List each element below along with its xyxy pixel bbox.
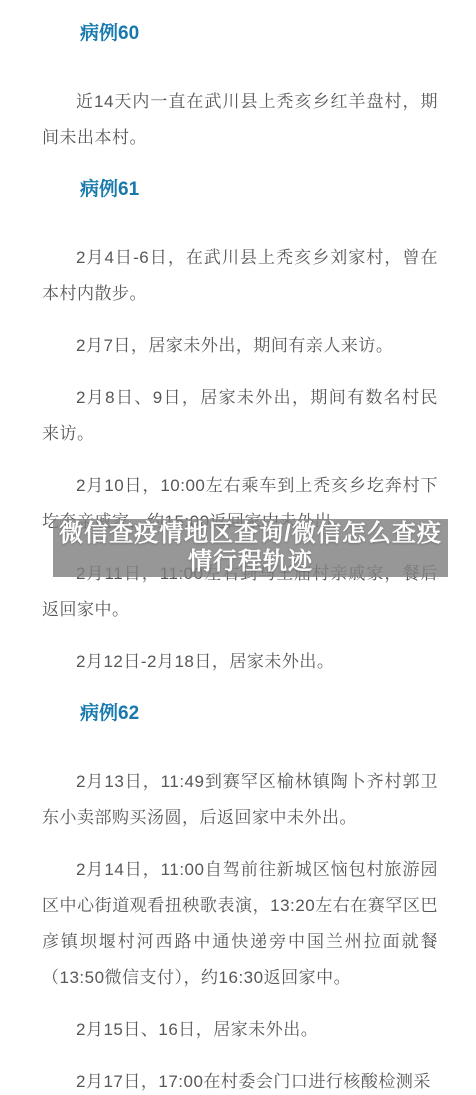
case-title: 病例60 [80, 20, 438, 48]
case-paragraph: 2月13日，11:49到赛罕区榆林镇陶卜齐村郭卫东小卖部购买汤圆，后返回家中未外… [42, 764, 438, 836]
watermark-text: 微信查疫情地区查询/微信怎么查疫 情行程轨迹 [59, 520, 442, 576]
case-paragraph: 近14天内一直在武川县上秃亥乡红羊盘村，期间未出本村。 [42, 84, 438, 156]
case-paragraph: 2月15日、16日，居家未外出。 [42, 1012, 438, 1048]
case-section-61: 病例61 2月4日-6日，在武川县上秃亥乡刘家村，曾在本村内散步。 2月7日，居… [42, 176, 438, 680]
case-paragraph: 2月8日、9日，居家未外出，期间有数名村民来访。 [42, 380, 438, 452]
case-section-60: 病例60 近14天内一直在武川县上秃亥乡红羊盘村，期间未出本村。 [42, 20, 438, 156]
case-section-62: 病例62 2月13日，11:49到赛罕区榆林镇陶卜齐村郭卫东小卖部购买汤圆，后返… [42, 700, 438, 1095]
case-paragraph: 2月4日-6日，在武川县上秃亥乡刘家村，曾在本村内散步。 [42, 240, 438, 312]
case-title: 病例62 [80, 700, 438, 728]
case-paragraph: 2月17日，17:00在村委会门口进行核酸检测采 [42, 1064, 438, 1095]
case-paragraph: 2月12日-2月18日，居家未外出。 [42, 644, 438, 680]
case-title: 病例61 [80, 176, 438, 204]
case-paragraph: 2月7日，居家未外出，期间有亲人来访。 [42, 328, 438, 364]
watermark-overlay: 微信查疫情地区查询/微信怎么查疫 情行程轨迹 [53, 519, 448, 577]
case-paragraph: 2月14日，11:00自驾前往新城区恼包村旅游园区中心街道观看扭秧歌表演，13:… [42, 852, 438, 996]
